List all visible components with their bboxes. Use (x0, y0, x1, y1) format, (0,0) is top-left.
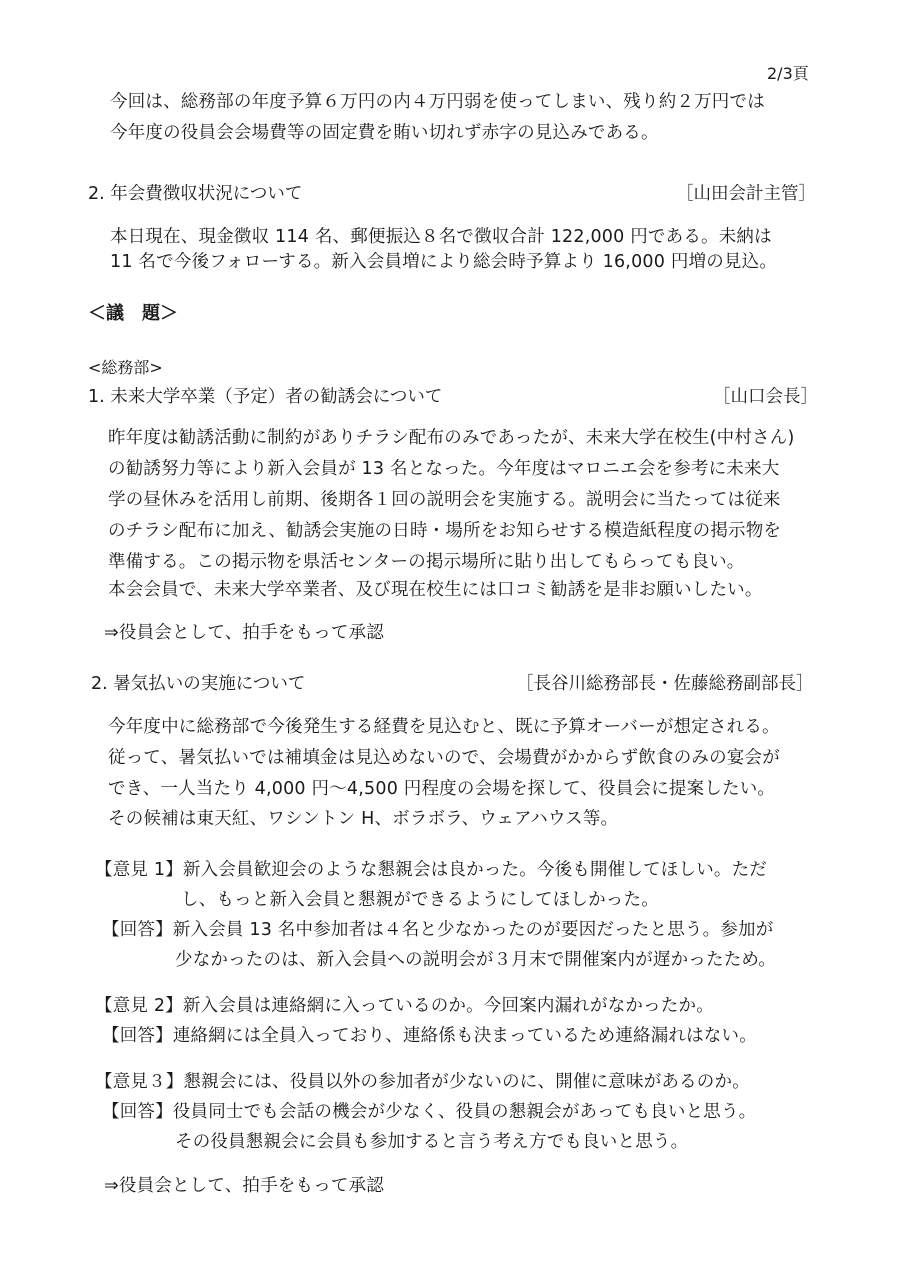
answer-line: 【回答】新入会員 13 名中参加者は４名と少なかったのが要因だったと思う。参加が (102, 922, 773, 940)
opinion-line: 【意見 2】新入会員は連絡網に入っているのか。今回案内漏れがなかったか。 (95, 998, 714, 1016)
agenda-item-line: 従って、暑気払いでは補填金は見込めないので、会場費がかからず飲食のみの宴会が (108, 750, 780, 768)
agenda-item-line: のチラシ配布に加え、勧誘会実施の日時・場所をお知らせする模造紙程度の掲示物を (108, 523, 781, 541)
agenda-item-assignee: ［山口会長］ (713, 389, 818, 407)
agenda-item-line: 昨年度は勧誘活動に制約がありチラシ配布のみであったが、未来大学在校生(中村さん) (108, 430, 794, 448)
answer-line: 少なかったのは、新入会員への説明会が３月末で開催案内が遅かったため。 (175, 952, 776, 970)
intro-line: 今年度の役員会会場費等の固定費を賄い切れず赤字の見込みである。 (110, 125, 659, 143)
agenda-item-resolution: ⇒役員会として、拍手をもって承認 (104, 1178, 384, 1196)
agenda-item-title: 1. 未来大学卒業（予定）者の勧誘会について (88, 389, 442, 407)
agenda-item-line: 今年度中に総務部で今後発生する経費を見込むと、既に予算オーバーが想定される。 (108, 719, 780, 737)
agenda-item-line: 準備する。この掲示物を県活センターの掲示場所に貼り出してもらっても良い。 (108, 554, 745, 572)
answer-line: 【回答】連絡網には全員入っており、連絡係も決まっているため連絡漏れはない。 (102, 1028, 757, 1046)
department-label: <総務部> (88, 360, 163, 376)
agenda-item-resolution: ⇒役員会として、拍手をもって承認 (104, 625, 384, 643)
agenda-item-title: 2. 暑気払いの実施について (91, 676, 305, 694)
report-item-title: 2. 年会費徴収状況について (88, 186, 302, 204)
agenda-item-line: その候補は東天紅、ワシントン H、ボラボラ、ウェアハウス等。 (108, 811, 618, 829)
report-item-line: 本日現在、現金徴収 114 名、郵便振込８名で徴収合計 122,000 円である… (110, 229, 772, 247)
agenda-item-line: の勧誘努力等により新入会員が 13 名となった。今年度はマロニエ会を参考に未来大 (108, 461, 779, 479)
agenda-section-title: ＜議 題＞ (88, 305, 178, 323)
agenda-item-line: 学の昼休みを活用し前期、後期各１回の説明会を実施する。説明会に当たっては従来 (108, 492, 781, 510)
intro-line: 今回は、総務部の年度予算６万円の内４万円弱を使ってしまい、残り約２万円では (110, 94, 765, 112)
page-number: 2/3頁 (767, 66, 809, 82)
report-item-line: 11 名で今後フォローする。新入会員増により総会時予算より 16,000 円増の… (110, 254, 777, 272)
agenda-item-line: でき、一人当たり 4,000 円～4,500 円程度の会場を探して、役員会に提案… (108, 781, 775, 799)
opinion-line: 【意見 1】新入会員歓迎会のような懇親会は良かった。今後も開催してほしい。ただ (95, 862, 767, 880)
agenda-item-line: 本会会員で、未来大学卒業者、及び現在校生には口コミ勧誘を是非お願いしたい。 (108, 582, 763, 600)
answer-line: その役員懇親会に会員も参加すると言う考え方でも良いと思う。 (175, 1134, 688, 1152)
agenda-item-assignee: ［長谷川総務部長・佐藤総務副部長］ (516, 676, 814, 694)
report-item-assignee: ［山田会計主管］ (676, 186, 816, 204)
answer-line: 【回答】役員同士でも会話の機会が少なく、役員の懇親会があっても良いと思う。 (102, 1104, 756, 1122)
opinion-line: し、もっと新入会員と懇親ができるようにしてほしかった。 (181, 892, 659, 910)
opinion-line: 【意見３】懇親会には、役員以外の参加者が少ないのに、開催に意味があるのか。 (95, 1074, 750, 1092)
